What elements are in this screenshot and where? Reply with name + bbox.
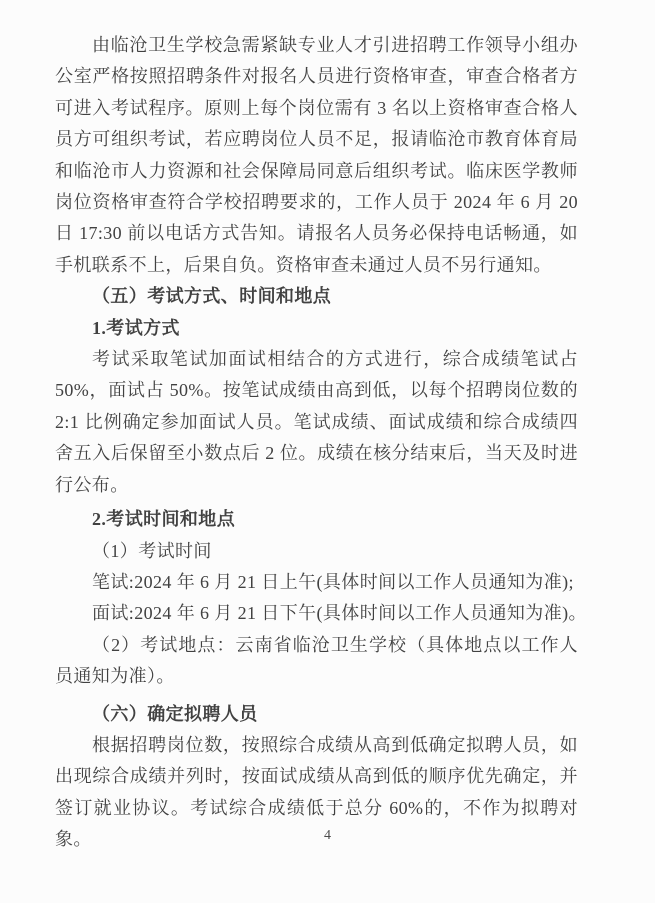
paragraph-exam-method-details: 考试采取笔试加面试相结合的方式进行，综合成绩笔试占 50%，面试占 50%。按笔… (55, 344, 578, 501)
line-interview-time: 面试:2024 年 6 月 21 日下午(具体时间以工作人员通知为准)。 (55, 598, 578, 629)
heading-2-exam-time-location: 2.考试时间和地点 (55, 504, 578, 535)
document-page: 由临沧卫生学校急需紧缺专业人才引进招聘工作领导小组办公室严格按照招聘条件对报名人… (0, 0, 655, 903)
line-written-exam-time: 笔试:2024 年 6 月 21 日上午(具体时间以工作人员通知为准); (55, 567, 578, 598)
heading-section-5-exam-method-time-location: （五）考试方式、时间和地点 (55, 281, 578, 312)
page-number: 4 (0, 826, 655, 846)
paragraph-qualification-review: 由临沧卫生学校急需紧缺专业人才引进招聘工作领导小组办公室严格按照招聘条件对报名人… (55, 30, 578, 281)
heading-1-exam-method: 1.考试方式 (55, 313, 578, 344)
line-exam-time-label: （1）考试时间 (55, 536, 578, 567)
heading-section-6-determine-hires: （六）确定拟聘人员 (55, 699, 578, 730)
paragraph-exam-location: （2）考试地点：云南省临沧卫生学校（具体地点以工作人员通知为准）。 (55, 630, 578, 693)
document-content: 由临沧卫生学校急需紧缺专业人才引进招聘工作领导小组办公室严格按照招聘条件对报名人… (55, 30, 578, 856)
